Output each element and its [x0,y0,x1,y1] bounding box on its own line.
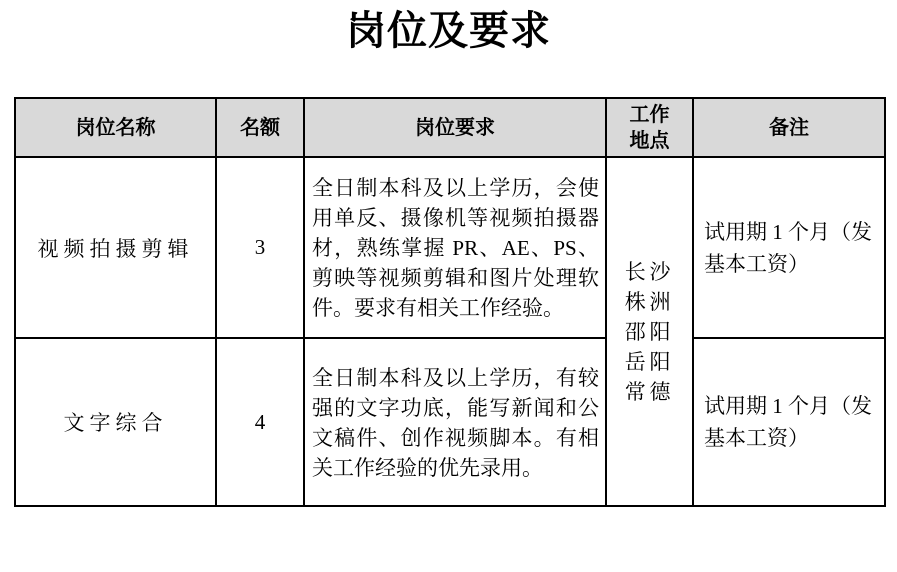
header-cell-quota: 名额 [216,98,304,157]
quota-video-editing: 3 [216,157,304,338]
header-cell-location-label: 工作地点 [626,102,674,154]
position-name-video-editing: 视频拍摄剪辑 [15,157,216,338]
table-header-row: 岗位名称 名额 岗位要求 工作地点 备注 [15,98,885,157]
requirements-video-editing: 全日制本科及以上学历，会使用单反、摄像机等视频拍摄器材，熟练掌握 PR、AE、P… [304,157,606,338]
remark-text-writing: 试用期 1 个月（发基本工资） [693,338,885,506]
header-cell-remark: 备注 [693,98,885,157]
requirements-text-writing: 全日制本科及以上学历，有较强的文字功底，能写新闻和公文稿件、创作视频脚本。有相关… [304,338,606,506]
position-name-text-writing: 文字综合 [15,338,216,506]
quota-text-writing: 4 [216,338,304,506]
table-row-video-editing: 视频拍摄剪辑 3 全日制本科及以上学历，会使用单反、摄像机等视频拍摄器材，熟练掌… [15,157,885,338]
table-row-text-writing: 文字综合 4 全日制本科及以上学历，有较强的文字功底，能写新闻和公文稿件、创作视… [15,338,885,506]
work-location-cell: 长沙株洲邵阳岳阳常德 [606,157,693,506]
work-location-text: 长沙株洲邵阳岳阳常德 [621,257,678,407]
remark-video-editing: 试用期 1 个月（发基本工资） [693,157,885,338]
page-title: 岗位及要求 [0,6,897,56]
positions-table: 岗位名称 名额 岗位要求 工作地点 备注 视频拍摄剪辑 3 全日制本科及以上学历… [14,97,886,507]
header-cell-requirements: 岗位要求 [304,98,606,157]
document-page: 岗位及要求 岗位名称 名额 岗位要求 工作地点 备注 视频拍摄剪辑 3 [0,0,897,572]
header-cell-position: 岗位名称 [15,98,216,157]
header-cell-location: 工作地点 [606,98,693,157]
